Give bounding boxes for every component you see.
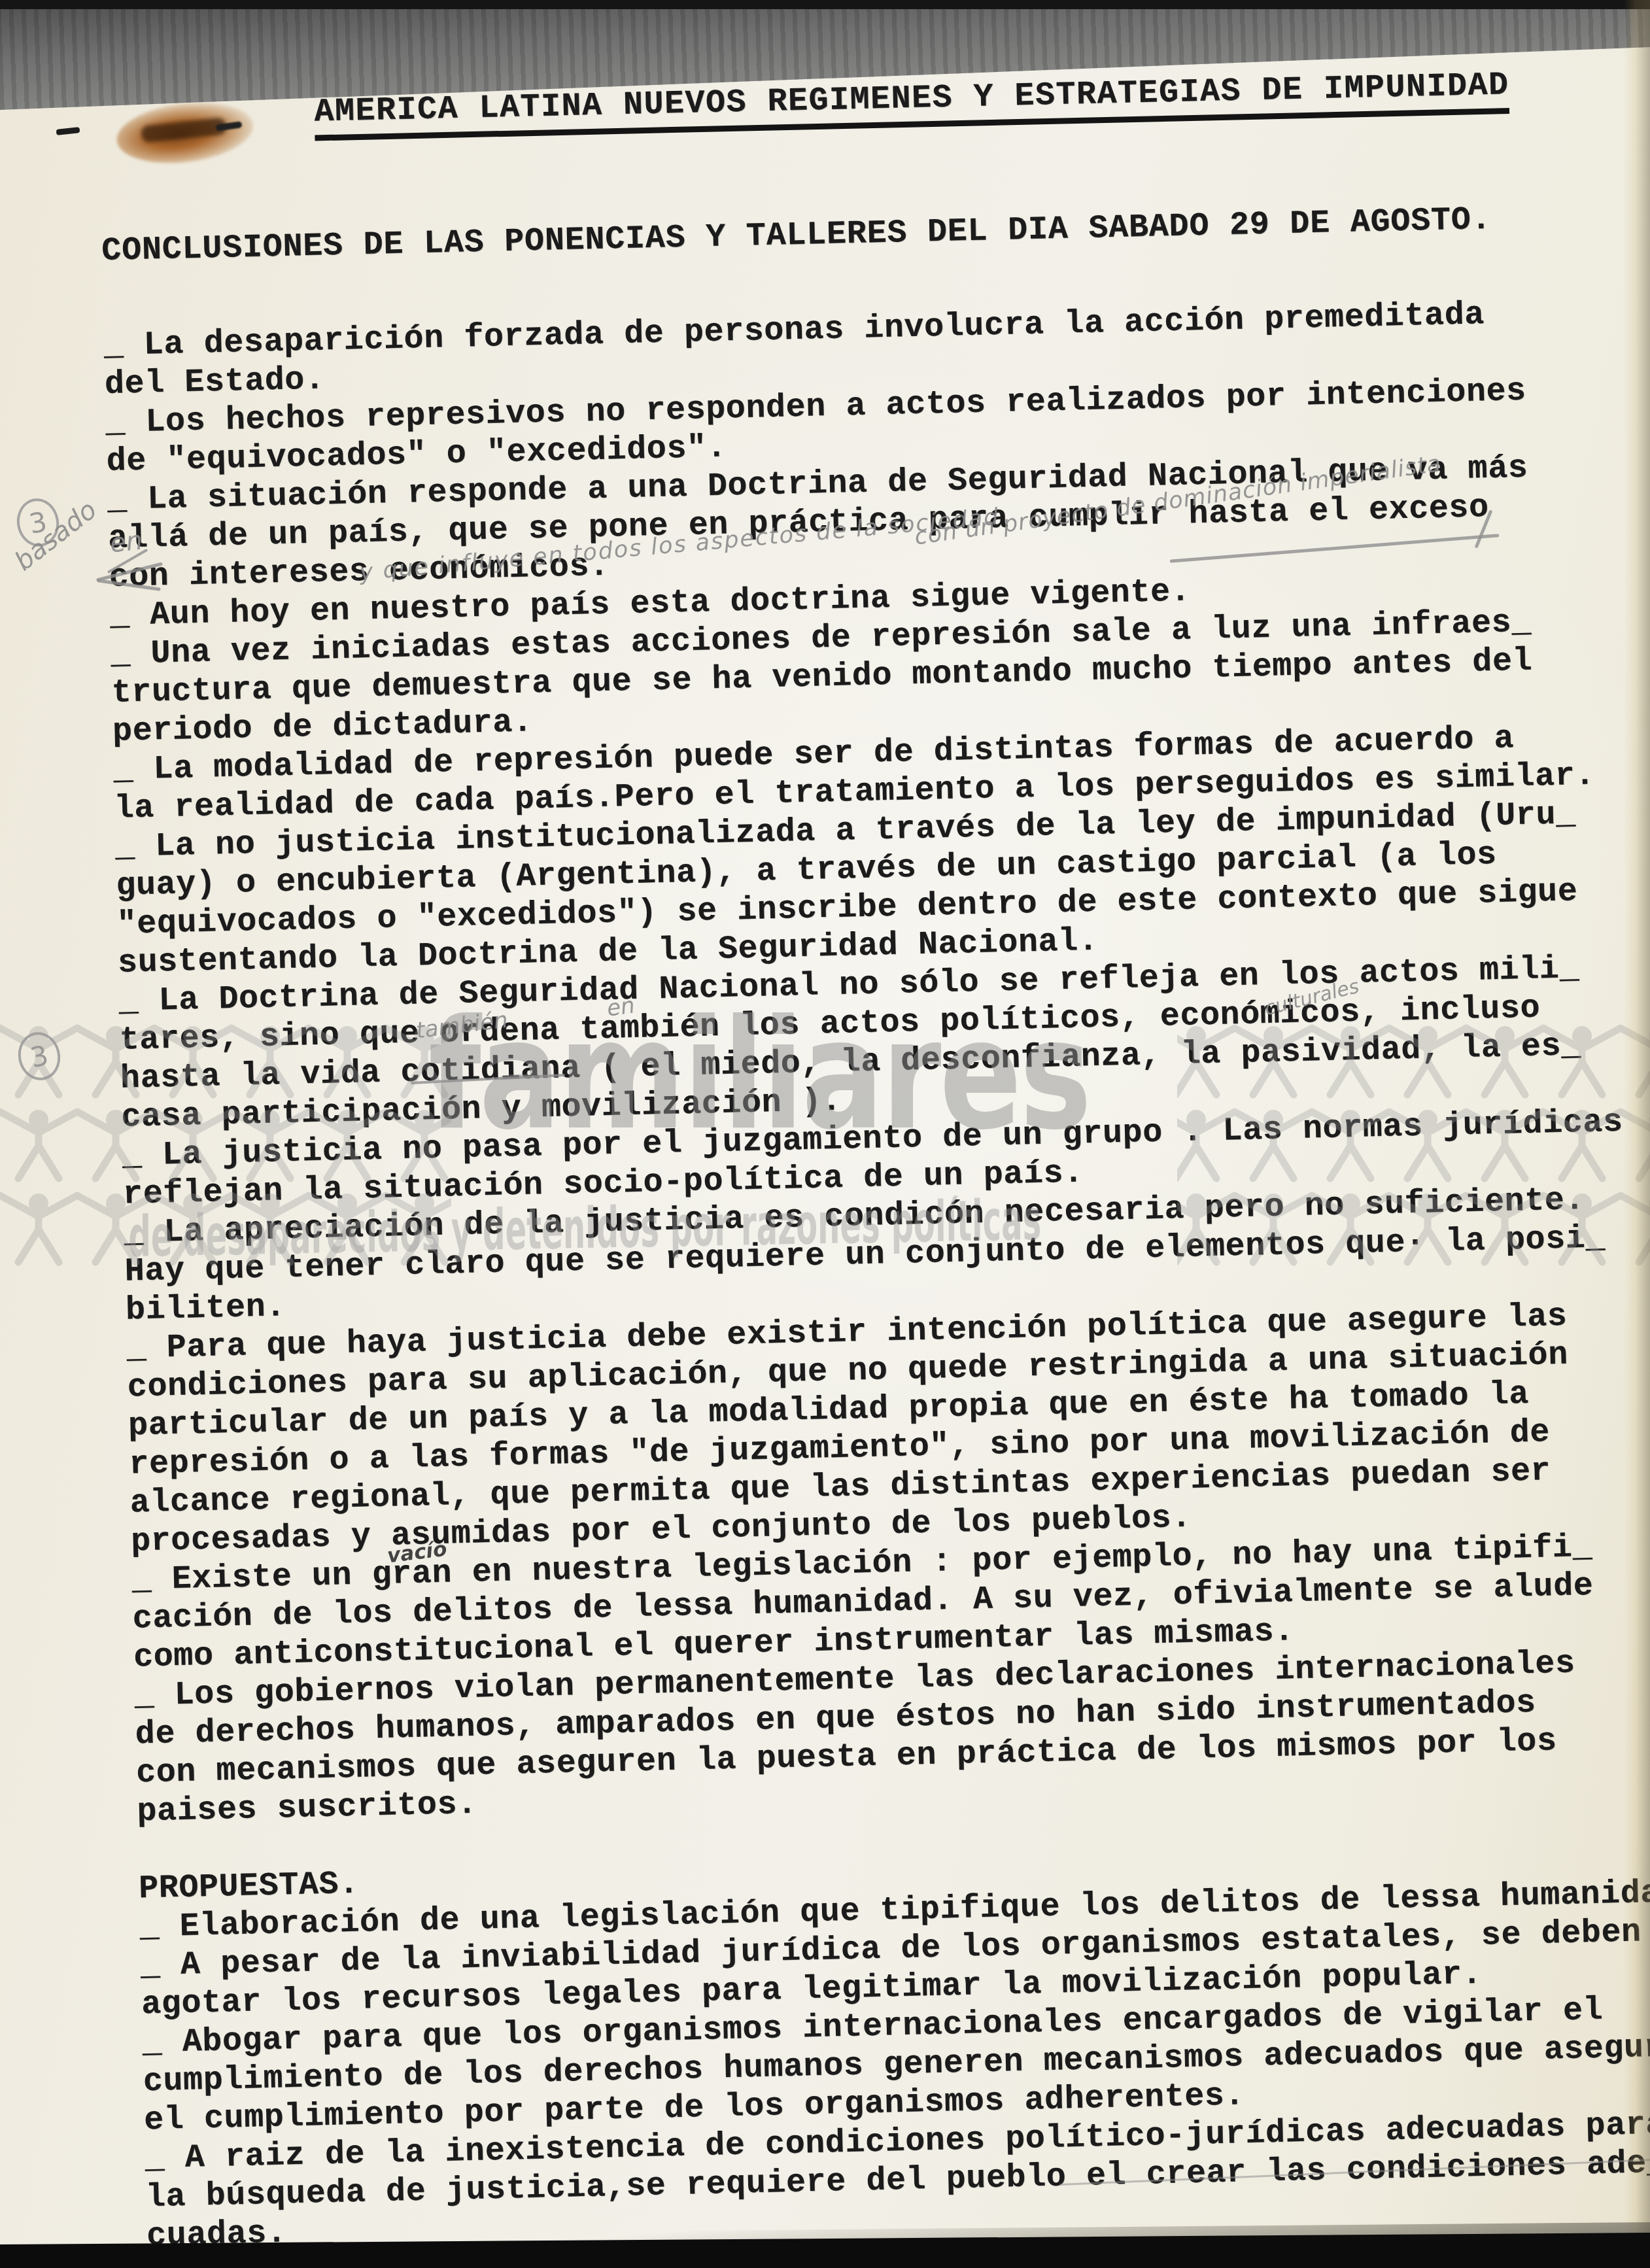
document-title: AMERICA LATINA NUEVOS REGIMENES Y ESTRAT… — [314, 62, 1650, 132]
margin-number-text: 3 — [27, 1039, 51, 1073]
document-body: _ La desaparición forzada de personas in… — [103, 291, 1650, 2256]
handwritten-insert-en: en — [605, 992, 636, 1022]
document-subtitle: CONCLUSIONES DE LAS PONENCIAS Y TALLERES… — [101, 196, 1650, 271]
scanned-document-page: AMERICA LATINA NUEVOS REGIMENES Y ESTRAT… — [0, 0, 1650, 2268]
typed-document: AMERICA LATINA NUEVOS REGIMENES Y ESTRAT… — [98, 62, 1650, 2256]
document-title-text: AMERICA LATINA NUEVOS REGIMENES Y ESTRAT… — [314, 67, 1509, 141]
scan-artifact-top-edge — [0, 0, 1650, 9]
ink-dash-mark — [56, 127, 80, 135]
margin-circled-number: 3 — [14, 1028, 65, 1084]
